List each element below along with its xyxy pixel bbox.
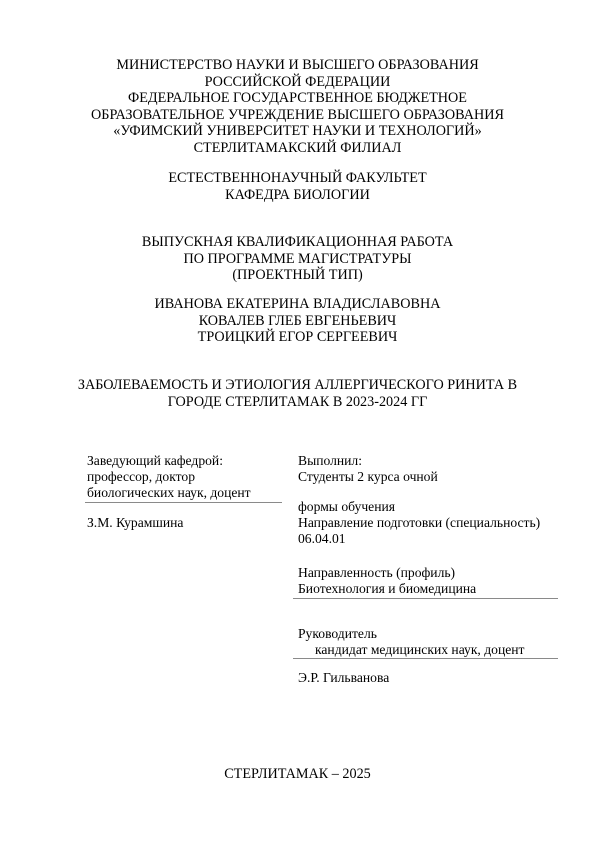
head-name: З.М. Курамшина [87, 515, 183, 531]
direction-code: 06.04.01 [298, 531, 346, 547]
authors-block: ИВАНОВА ЕКАТЕРИНА ВЛАДИСЛАВОВНА КОВАЛЕВ … [0, 296, 595, 346]
work-type-line: (ПРОЕКТНЫЙ ТИП) [0, 267, 595, 284]
author-name: КОВАЛЕВ ГЛЕБ ЕВГЕНЬЕВИЧ [0, 313, 595, 330]
author-name: ТРОИЦКИЙ ЕГОР СЕРГЕЕВИЧ [0, 329, 595, 346]
supervisor-label: Руководитель [298, 626, 377, 642]
header-line: ОБРАЗОВАТЕЛЬНОЕ УЧРЕЖДЕНИЕ ВЫСШЕГО ОБРАЗ… [0, 107, 595, 124]
department-name: КАФЕДРА БИОЛОГИИ [0, 187, 595, 204]
work-type-line: ПО ПРОГРАММЕ МАГИСТРАТУРЫ [0, 251, 595, 268]
ministry-header: МИНИСТЕРСТВО НАУКИ И ВЫСШЕГО ОБРАЗОВАНИЯ… [0, 57, 595, 157]
signature-line [85, 502, 282, 503]
profile-value: Биотехнология и биомедицина [298, 581, 476, 597]
performed-label: Выполнил: [298, 453, 362, 469]
head-position-line-2: биологических наук, доцент [87, 485, 251, 501]
faculty-name: ЕСТЕСТВЕННОНАУЧНЫЙ ФАКУЛЬТЕТ [0, 170, 595, 187]
header-line: МИНИСТЕРСТВО НАУКИ И ВЫСШЕГО ОБРАЗОВАНИЯ [0, 57, 595, 74]
head-position-line-1: профессор, доктор [87, 469, 195, 485]
signature-line [293, 598, 558, 599]
thesis-title: ЗАБОЛЕВАЕМОСТЬ И ЭТИОЛОГИЯ АЛЛЕРГИЧЕСКОГ… [0, 377, 595, 410]
head-of-department-label: Заведующий кафедрой: [87, 453, 223, 469]
supervisor-name: Э.Р. Гильванова [298, 670, 389, 686]
work-type-block: ВЫПУСКНАЯ КВАЛИФИКАЦИОННАЯ РАБОТА ПО ПРО… [0, 234, 595, 284]
faculty-block: ЕСТЕСТВЕННОНАУЧНЫЙ ФАКУЛЬТЕТ КАФЕДРА БИО… [0, 170, 595, 203]
signature-line [293, 658, 558, 659]
supervisor-position: кандидат медицинских наук, доцент [315, 642, 524, 658]
header-line: РОССИЙСКОЙ ФЕДЕРАЦИИ [0, 74, 595, 91]
thesis-title-line: ГОРОДЕ СТЕРЛИТАМАК В 2023-2024 ГГ [0, 394, 595, 411]
direction-label: Направление подготовки (специальность) [298, 515, 540, 531]
work-type-line: ВЫПУСКНАЯ КВАЛИФИКАЦИОННАЯ РАБОТА [0, 234, 595, 251]
city-year: СТЕРЛИТАМАК – 2025 [0, 766, 595, 783]
author-name: ИВАНОВА ЕКАТЕРИНА ВЛАДИСЛАВОВНА [0, 296, 595, 313]
profile-label: Направленность (профиль) [298, 565, 455, 581]
header-line: ФЕДЕРАЛЬНОЕ ГОСУДАРСТВЕННОЕ БЮДЖЕТНОЕ [0, 90, 595, 107]
students-line-2: формы обучения [298, 499, 395, 515]
header-line: «УФИМСКИЙ УНИВЕРСИТЕТ НАУКИ И ТЕХНОЛОГИЙ… [0, 123, 595, 140]
header-line: СТЕРЛИТАМАКСКИЙ ФИЛИАЛ [0, 140, 595, 157]
city-year-footer: СТЕРЛИТАМАК – 2025 [0, 766, 595, 783]
students-line-1: Студенты 2 курса очной [298, 469, 438, 485]
thesis-title-line: ЗАБОЛЕВАЕМОСТЬ И ЭТИОЛОГИЯ АЛЛЕРГИЧЕСКОГ… [0, 377, 595, 394]
